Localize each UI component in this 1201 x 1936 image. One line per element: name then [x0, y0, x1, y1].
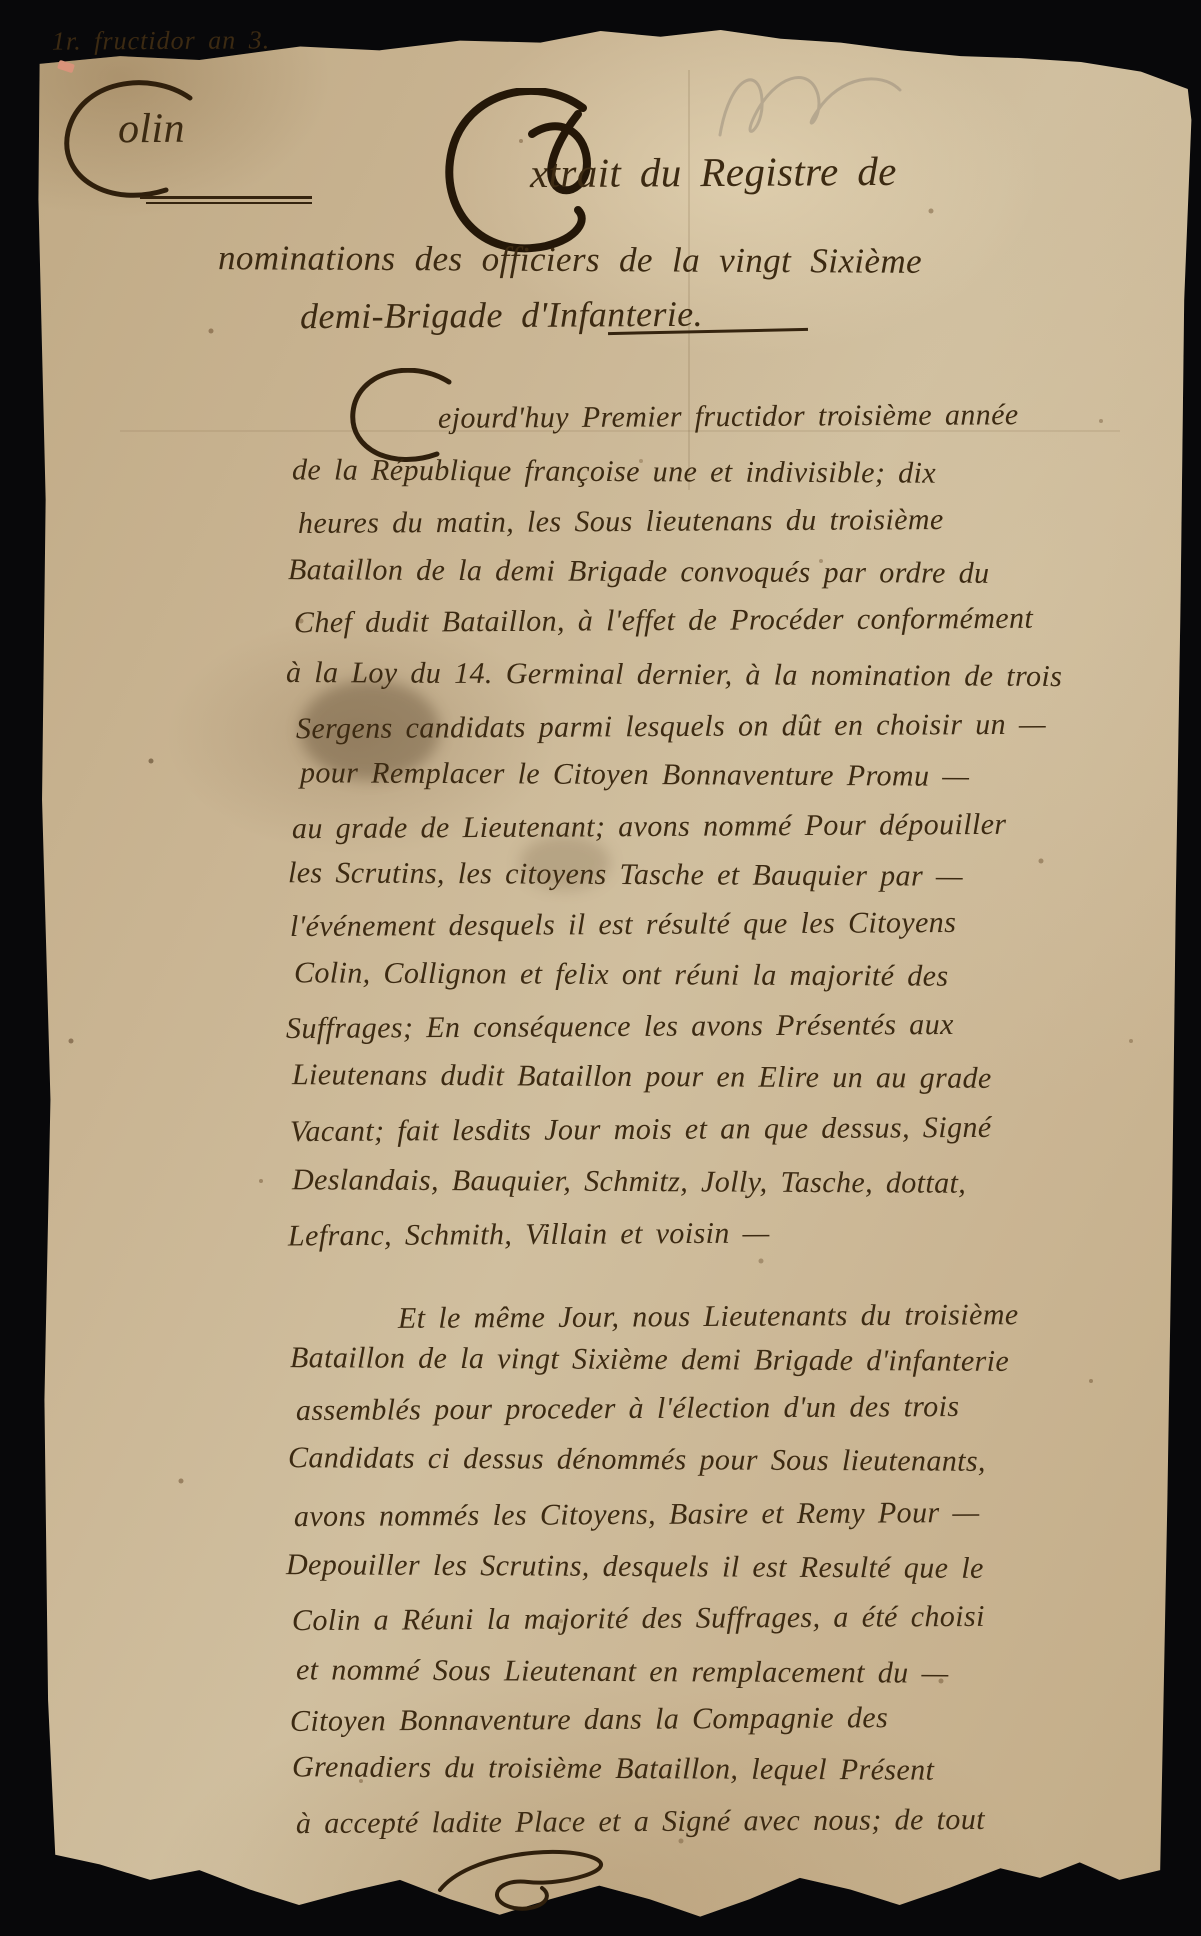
manuscript-line: Bataillon de la demi Brigade convoqués p… — [288, 553, 990, 591]
manuscript-line: les Scrutins, les citoyens Tasche et Bau… — [288, 856, 963, 894]
manuscript-line: Bataillon de la vingt Sixième demi Briga… — [290, 1341, 1009, 1379]
manuscript-line: et nommé Sous Lieutenant en remplacement… — [296, 1653, 949, 1690]
manuscript-scan: 1r. fructidor an 3. olin xtrait du Regis… — [0, 0, 1201, 1936]
manuscript-line: Suffrages; En conséquence les avons Prés… — [286, 1008, 954, 1046]
pencil-scribble — [700, 55, 930, 155]
manuscript-line: Grenadiers du troisième Bataillon, leque… — [292, 1750, 934, 1787]
manuscript-line: Vacant; fait lesdits Jour mois et an que… — [290, 1111, 992, 1149]
manuscript-line: avons nommés les Citoyens, Basire et Rem… — [294, 1496, 980, 1534]
manuscript-line: ejourd'huy Premier fructidor troisième a… — [438, 398, 1019, 436]
manuscript-line: l'événement desquels il est résulté que … — [290, 906, 956, 944]
date-annotation: 1r. fructidor an 3. — [52, 25, 270, 56]
manuscript-line: pour Remplacer le Citoyen Bonnaventure P… — [300, 756, 970, 794]
title-line-2: nominations des officiers de la vingt Si… — [218, 238, 922, 282]
manuscript-line: Lefranc, Schmith, Villain et voisin — — [288, 1217, 770, 1254]
manuscript-line: assemblés pour proceder à l'élection d'u… — [296, 1390, 960, 1428]
manuscript-line: Lieutenans dudit Bataillon pour en Elire… — [292, 1058, 992, 1096]
margin-name: olin — [118, 105, 185, 153]
paraph-flourish — [432, 1846, 632, 1918]
manuscript-line: à la Loy du 14. Germinal dernier, à la n… — [286, 656, 1062, 694]
manuscript-line: Deslandais, Bauquier, Schmitz, Jolly, Ta… — [292, 1163, 966, 1201]
manuscript-line: heures du matin, les Sous lieutenans du … — [298, 503, 944, 541]
manuscript-line: Sergens candidats parmi lesquels on dût … — [296, 708, 1046, 747]
title-line-1: xtrait du Registre de — [530, 147, 897, 197]
manuscript-line: Colin a Réuni la majorité des Suffrages,… — [292, 1600, 985, 1638]
manuscript-line: Et le même Jour, nous Lieutenants du tro… — [398, 1298, 1019, 1336]
manuscript-line: Chef dudit Bataillon, à l'effet de Procé… — [294, 602, 1033, 641]
manuscript-line: au grade de Lieutenant; avons nommé Pour… — [292, 808, 1007, 846]
manuscript-line: à accepté ladite Place et a Signé avec n… — [296, 1803, 985, 1841]
manuscript-line: Candidats ci dessus dénommés pour Sous l… — [288, 1441, 986, 1479]
margin-underline-top — [140, 196, 312, 199]
margin-underline-bottom — [146, 202, 312, 204]
manuscript-line: Colin, Collignon et felix ont réuni la m… — [294, 956, 949, 993]
manuscript-line: Depouiller les Scrutins, desquels il est… — [286, 1548, 984, 1586]
foxing-speckles — [0, 0, 2, 2]
manuscript-line: Citoyen Bonnaventure dans la Compagnie d… — [290, 1701, 888, 1739]
manuscript-line: de la République françoise une et indivi… — [292, 453, 936, 490]
